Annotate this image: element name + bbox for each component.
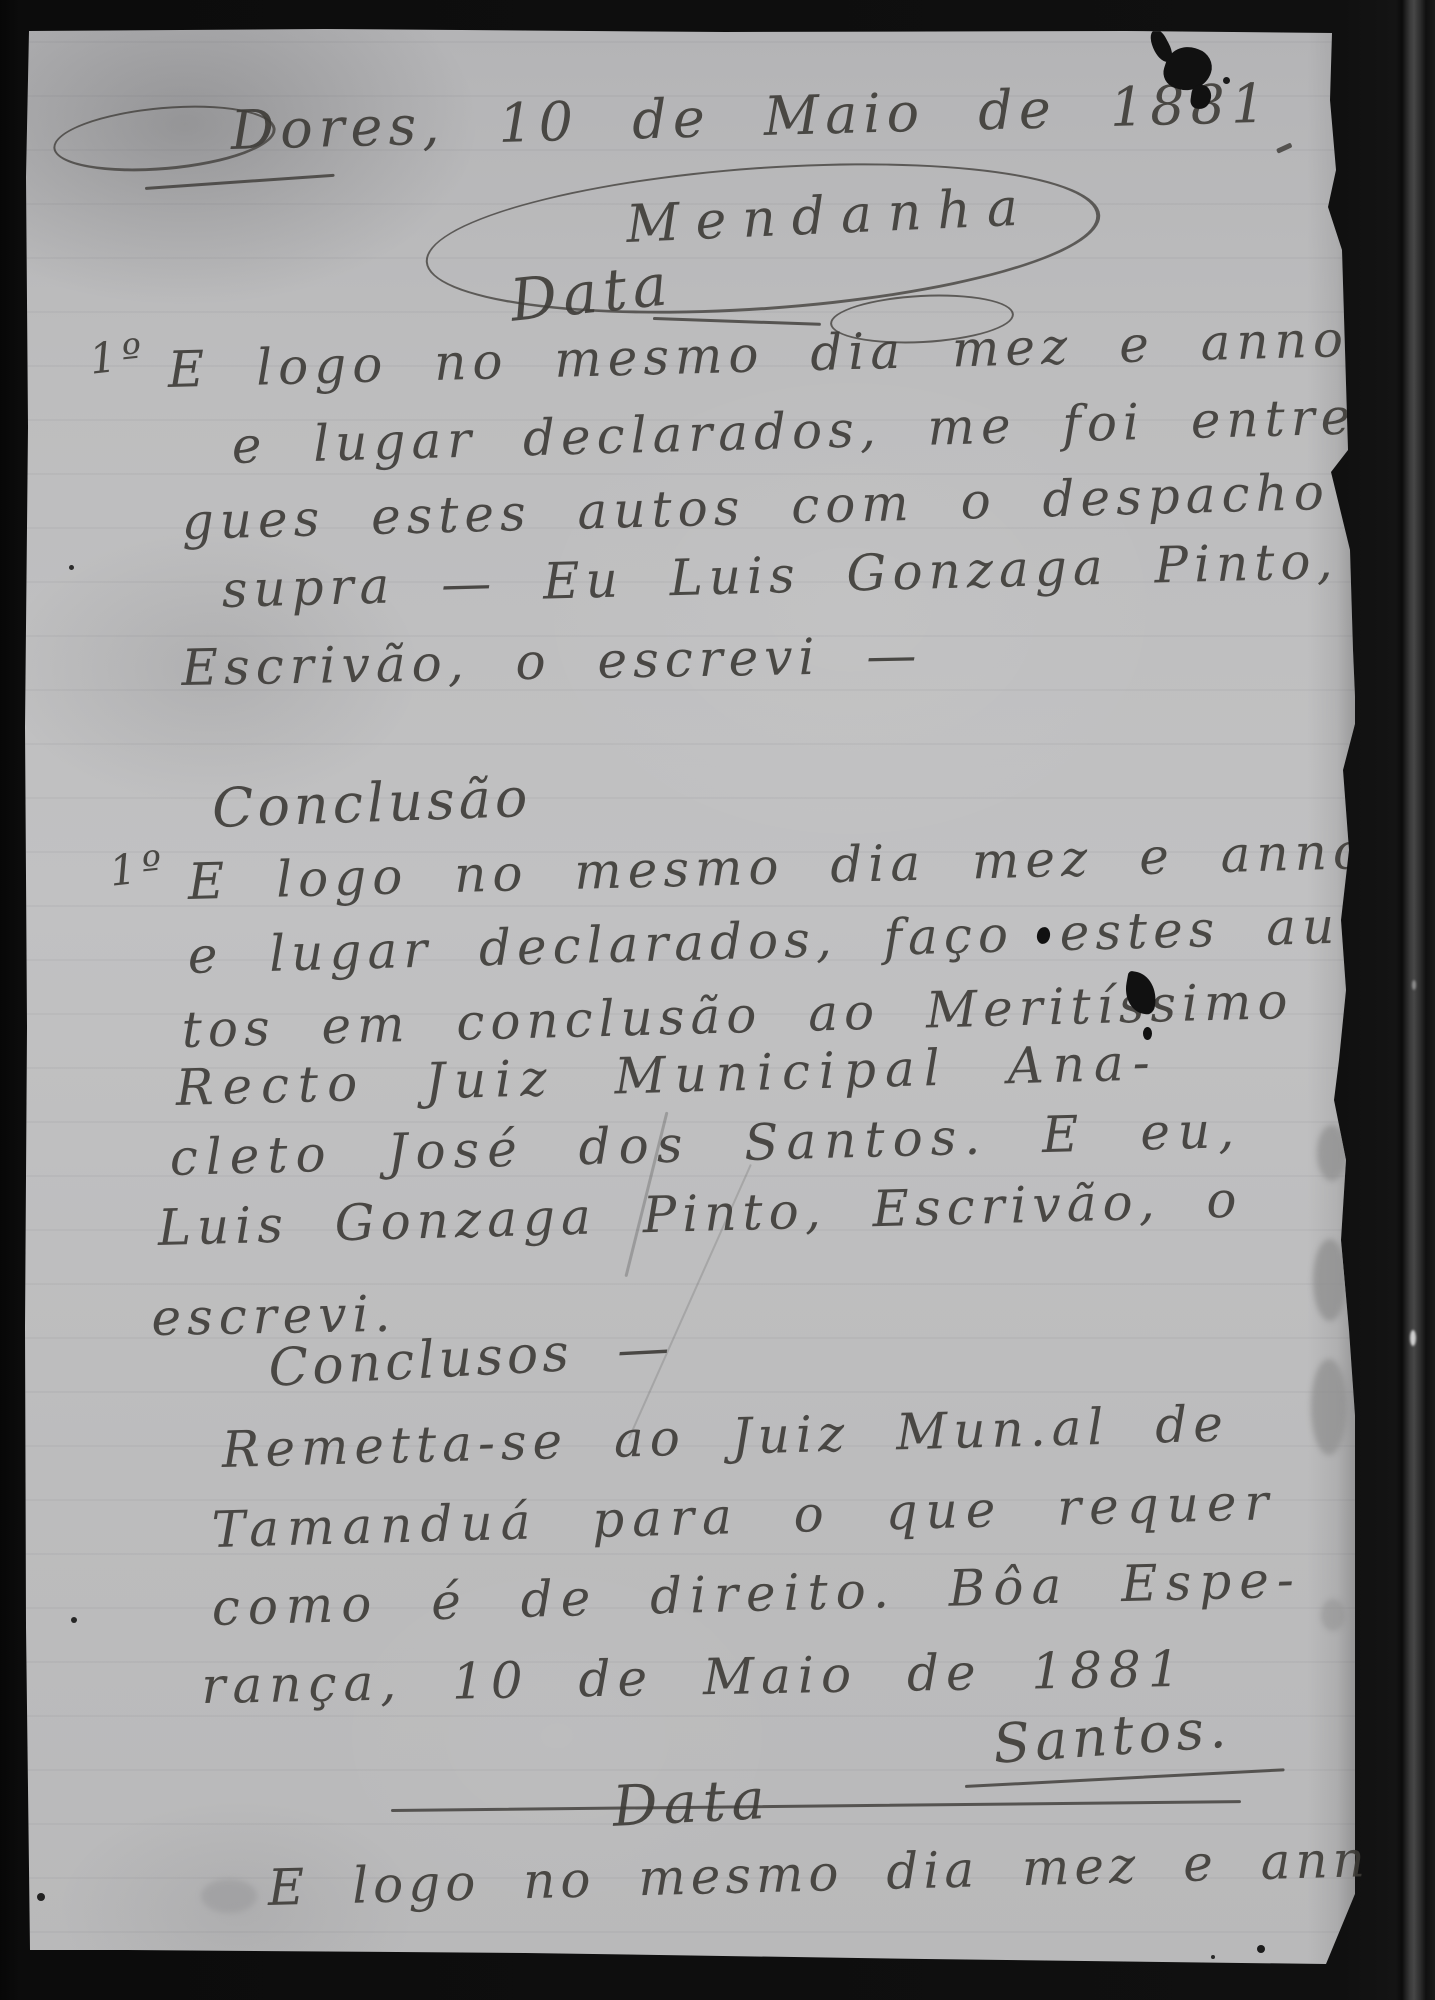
paper-stain bbox=[201, 1879, 257, 1913]
data2-strike-line bbox=[391, 1800, 1241, 1812]
margin-number: 1º bbox=[87, 329, 150, 384]
conclusao-entry-line: E logo no mesmo dia mez e anno bbox=[187, 822, 1370, 911]
ink-dot bbox=[1257, 1945, 1265, 1953]
scanned-document-page: Dores, 10 de Maio de 1881 Mendanha Data … bbox=[0, 0, 1435, 2000]
data-entry-line: Escrivão, o escrevi — bbox=[181, 626, 923, 697]
capital-d-flourish-tail bbox=[145, 174, 335, 190]
scanner-speck bbox=[1410, 1330, 1416, 1346]
data2-heading: Data bbox=[611, 1767, 772, 1840]
ink-dot bbox=[1211, 1955, 1215, 1959]
conclusao-entry-line: Luis Gonzaga Pinto, Escrivão, o bbox=[157, 1171, 1243, 1257]
scanner-speck bbox=[1412, 980, 1416, 990]
place-date-line: Dores, 10 de Maio de 1881 bbox=[230, 72, 1272, 162]
despacho-line: como é de direito. Bôa Espe- bbox=[211, 1550, 1302, 1637]
despacho-line: Tamanduá para o que requer bbox=[211, 1473, 1277, 1559]
despacho-line: rança, 10 de Maio de 1881 bbox=[201, 1640, 1187, 1715]
edge-smudge bbox=[1313, 1239, 1347, 1321]
ink-dot bbox=[69, 565, 74, 570]
ink-tick bbox=[1276, 142, 1293, 153]
manuscript-paper-sheet: Dores, 10 de Maio de 1881 Mendanha Data … bbox=[25, 27, 1355, 1969]
ink-dot bbox=[71, 1617, 77, 1623]
data-entry-line: e lugar declarados, me foi entre- bbox=[231, 387, 1380, 475]
conclusao-entry-line: e lugar declarados, faço estes au- bbox=[187, 896, 1364, 985]
edge-smudge bbox=[1321, 1599, 1345, 1631]
ink-dot bbox=[37, 1893, 45, 1901]
conclusao-heading: Conclusão bbox=[211, 766, 532, 840]
edge-smudge bbox=[1317, 1125, 1347, 1181]
margin-number: 1º bbox=[107, 841, 170, 896]
ink-dot-heavy bbox=[1143, 1027, 1152, 1040]
judge-signature: Santos. bbox=[991, 1696, 1233, 1775]
edge-smudge bbox=[1311, 1359, 1347, 1455]
closing-line: E logo no mesmo dia mez e anno bbox=[267, 1829, 1406, 1917]
ink-dot bbox=[1223, 77, 1230, 84]
despacho-line: Remetta-se ao Juiz Mun.al de bbox=[221, 1395, 1230, 1479]
data-entry-line: E logo no mesmo dia mez e anno bbox=[167, 310, 1350, 399]
